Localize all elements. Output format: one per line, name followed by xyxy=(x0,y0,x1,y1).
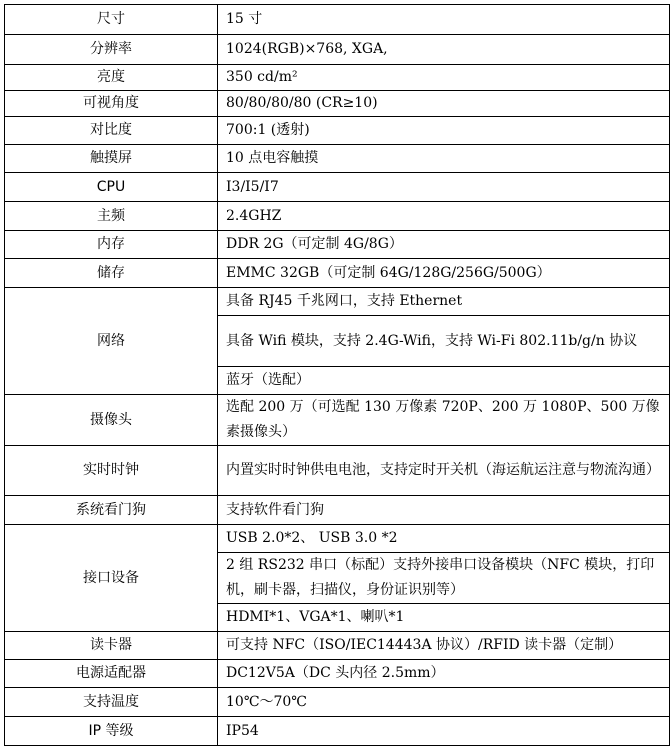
spec-row: 接口设备USB 2.0*2、 USB 3.0 *2 xyxy=(5,525,670,553)
spec-row: 可视角度80/80/80/80 (CR≥10) xyxy=(5,91,670,117)
spec-value: DDR 2G（可定制 4G/8G） xyxy=(218,231,670,259)
spec-label: 触摸屏 xyxy=(5,145,218,173)
spec-label: 摄像头 xyxy=(5,395,218,446)
spec-row: IP 等级IP54 xyxy=(5,717,670,746)
spec-label: 实时时钟 xyxy=(5,446,218,496)
spec-label: 接口设备 xyxy=(5,525,218,632)
spec-row: 储存EMMC 32GB（可定制 64G/128G/256G/500G） xyxy=(5,259,670,288)
spec-value: 可支持 NFC（ISO/IEC14443A 协议）/RFID 读卡器（定制） xyxy=(218,632,670,660)
spec-row: CPUI3/I5/I7 xyxy=(5,173,670,202)
spec-row: 触摸屏10 点电容触摸 xyxy=(5,145,670,173)
spec-value: 10 点电容触摸 xyxy=(218,145,670,173)
spec-table: 尺寸15 寸分辨率1024(RGB)×768, XGA,亮度350 cd/m²可… xyxy=(4,4,670,746)
spec-label: 主频 xyxy=(5,202,218,231)
spec-row: 主频2.4GHZ xyxy=(5,202,670,231)
spec-value: 选配 200 万（可选配 130 万像素 720P、200 万 1080P、50… xyxy=(218,395,670,446)
spec-row: 摄像头选配 200 万（可选配 130 万像素 720P、200 万 1080P… xyxy=(5,395,670,446)
spec-value: DC12V5A（DC 头内径 2.5mm） xyxy=(218,660,670,688)
spec-row: 亮度350 cd/m² xyxy=(5,65,670,91)
spec-label: 读卡器 xyxy=(5,632,218,660)
spec-row: 分辨率1024(RGB)×768, XGA, xyxy=(5,35,670,65)
spec-value: 700:1 (透射) xyxy=(218,117,670,145)
spec-label: CPU xyxy=(5,173,218,202)
spec-row: 读卡器可支持 NFC（ISO/IEC14443A 协议）/RFID 读卡器（定制… xyxy=(5,632,670,660)
spec-value: 2 组 RS232 串口（标配）支持外接串口设备模块（NFC 模块，打印机，刷卡… xyxy=(218,553,670,604)
spec-row: 系统看门狗支持软件看门狗 xyxy=(5,496,670,525)
spec-value: 2.4GHZ xyxy=(218,202,670,231)
spec-row: 内存DDR 2G（可定制 4G/8G） xyxy=(5,231,670,259)
spec-value: 350 cd/m² xyxy=(218,65,670,91)
spec-value: 15 寸 xyxy=(218,5,670,35)
spec-value: USB 2.0*2、 USB 3.0 *2 xyxy=(218,525,670,553)
spec-label: 支持温度 xyxy=(5,688,218,717)
spec-label: 可视角度 xyxy=(5,91,218,117)
spec-row: 对比度700:1 (透射) xyxy=(5,117,670,145)
spec-row: 网络具备 RJ45 千兆网口，支持 Ethernet xyxy=(5,288,670,316)
spec-row: 实时时钟内置实时时钟供电电池，支持定时开关机（海运航运注意与物流沟通） xyxy=(5,446,670,496)
spec-value: 蓝牙（选配） xyxy=(218,367,670,395)
spec-label: 亮度 xyxy=(5,65,218,91)
spec-row: 电源适配器DC12V5A（DC 头内径 2.5mm） xyxy=(5,660,670,688)
spec-label: 电源适配器 xyxy=(5,660,218,688)
spec-value: 10℃～70℃ xyxy=(218,688,670,717)
spec-label: 对比度 xyxy=(5,117,218,145)
spec-value: 支持软件看门狗 xyxy=(218,496,670,525)
spec-label: 尺寸 xyxy=(5,5,218,35)
spec-label: IP 等级 xyxy=(5,717,218,746)
spec-label: 系统看门狗 xyxy=(5,496,218,525)
spec-label: 分辨率 xyxy=(5,35,218,65)
spec-value: I3/I5/I7 xyxy=(218,173,670,202)
spec-value: 1024(RGB)×768, XGA, xyxy=(218,35,670,65)
spec-row: 尺寸15 寸 xyxy=(5,5,670,35)
spec-value: 具备 Wifi 模块，支持 2.4G-Wifi，支持 Wi-Fi 802.11b… xyxy=(218,316,670,367)
spec-label: 内存 xyxy=(5,231,218,259)
spec-value: EMMC 32GB（可定制 64G/128G/256G/500G） xyxy=(218,259,670,288)
spec-value: HDMI*1、VGA*1、喇叭*1 xyxy=(218,604,670,632)
spec-row: 支持温度10℃～70℃ xyxy=(5,688,670,717)
spec-value: 具备 RJ45 千兆网口，支持 Ethernet xyxy=(218,288,670,316)
spec-label: 网络 xyxy=(5,288,218,395)
spec-label: 储存 xyxy=(5,259,218,288)
spec-value: 80/80/80/80 (CR≥10) xyxy=(218,91,670,117)
spec-value: 内置实时时钟供电电池，支持定时开关机（海运航运注意与物流沟通） xyxy=(218,446,670,496)
spec-value: IP54 xyxy=(218,717,670,746)
